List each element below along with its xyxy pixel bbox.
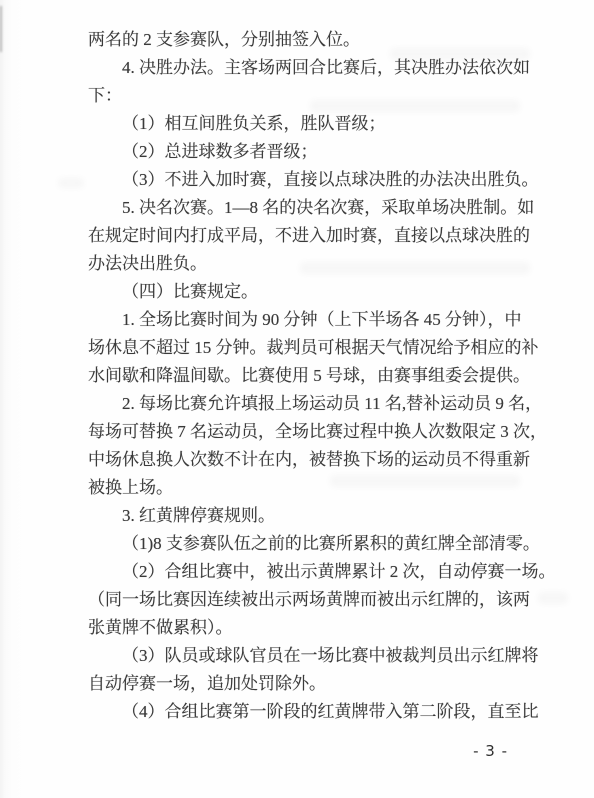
text-line: （2）合组比赛中，被出示黄牌累计 2 次，自动停赛一场。 bbox=[88, 558, 514, 586]
text-line: 每场可替换 7 名运动员，全场比赛过程中换人次数限定 3 次， bbox=[88, 418, 514, 446]
text-line: 1. 全场比赛时间为 90 分钟（上下半场各 45 分钟），中 bbox=[88, 306, 514, 334]
text-line: （1)8 支参赛队伍之前的比赛所累积的黄红牌全部清零。 bbox=[88, 530, 514, 558]
text-line: 水间歇和降温间歇。比赛使用 5 号球，由赛事组委会提供。 bbox=[88, 362, 514, 390]
text-line: （四）比赛规定。 bbox=[88, 278, 514, 306]
text-line: （3）队员或球队官员在一场比赛中被裁判员出示红牌将 bbox=[88, 642, 514, 670]
scan-smudge bbox=[58, 178, 84, 188]
text-line: 3. 红黄牌停赛规则。 bbox=[88, 502, 514, 530]
scan-edge-artifact bbox=[0, 6, 2, 52]
scan-smudge bbox=[538, 592, 568, 604]
text-line: 中场休息换人次数不计在内，被替换下场的运动员不得重新 bbox=[88, 446, 514, 474]
text-block: 两名的 2 支参赛队，分别抽签入位。 4. 决胜办法。主客场两回合比赛后，其决胜… bbox=[88, 26, 514, 726]
text-line: （2）总进球数多者晋级； bbox=[88, 138, 514, 166]
text-line: （4）合组比赛第一阶段的红黄牌带入第二阶段，直至比 bbox=[88, 698, 514, 726]
text-line: 场休息不超过 15 分钟。裁判员可根据天气情况给予相应的补 bbox=[88, 334, 514, 362]
text-line: 下： bbox=[88, 82, 514, 110]
text-line: 4. 决胜办法。主客场两回合比赛后，其决胜办法依次如 bbox=[88, 54, 514, 82]
text-line: 自动停赛一场，追加处罚除外。 bbox=[88, 670, 514, 698]
text-line: 张黄牌不做累积）。 bbox=[88, 614, 514, 642]
text-line: 在规定时间内打成平局，不进入加时赛，直接以点球决胜的 bbox=[88, 222, 514, 250]
text-line: （1）相互间胜负关系，胜队晋级； bbox=[88, 110, 514, 138]
page-number: - 3 - bbox=[473, 741, 508, 761]
document-page: 两名的 2 支参赛队，分别抽签入位。 4. 决胜办法。主客场两回合比赛后，其决胜… bbox=[0, 0, 594, 798]
text-line: 两名的 2 支参赛队，分别抽签入位。 bbox=[88, 26, 514, 54]
text-line: （3）不进入加时赛，直接以点球决胜的办法决出胜负。 bbox=[88, 166, 514, 194]
text-line: 5. 决名次赛。1—8 名的决名次赛，采取单场决胜制。如 bbox=[88, 194, 514, 222]
text-line: （同一场比赛因连续被出示两场黄牌而被出示红牌的，该两 bbox=[88, 586, 514, 614]
text-line: 被换上场。 bbox=[88, 474, 514, 502]
text-line: 办法决出胜负。 bbox=[88, 250, 514, 278]
text-line: 2. 每场比赛允许填报上场运动员 11 名,替补运动员 9 名， bbox=[88, 390, 514, 418]
